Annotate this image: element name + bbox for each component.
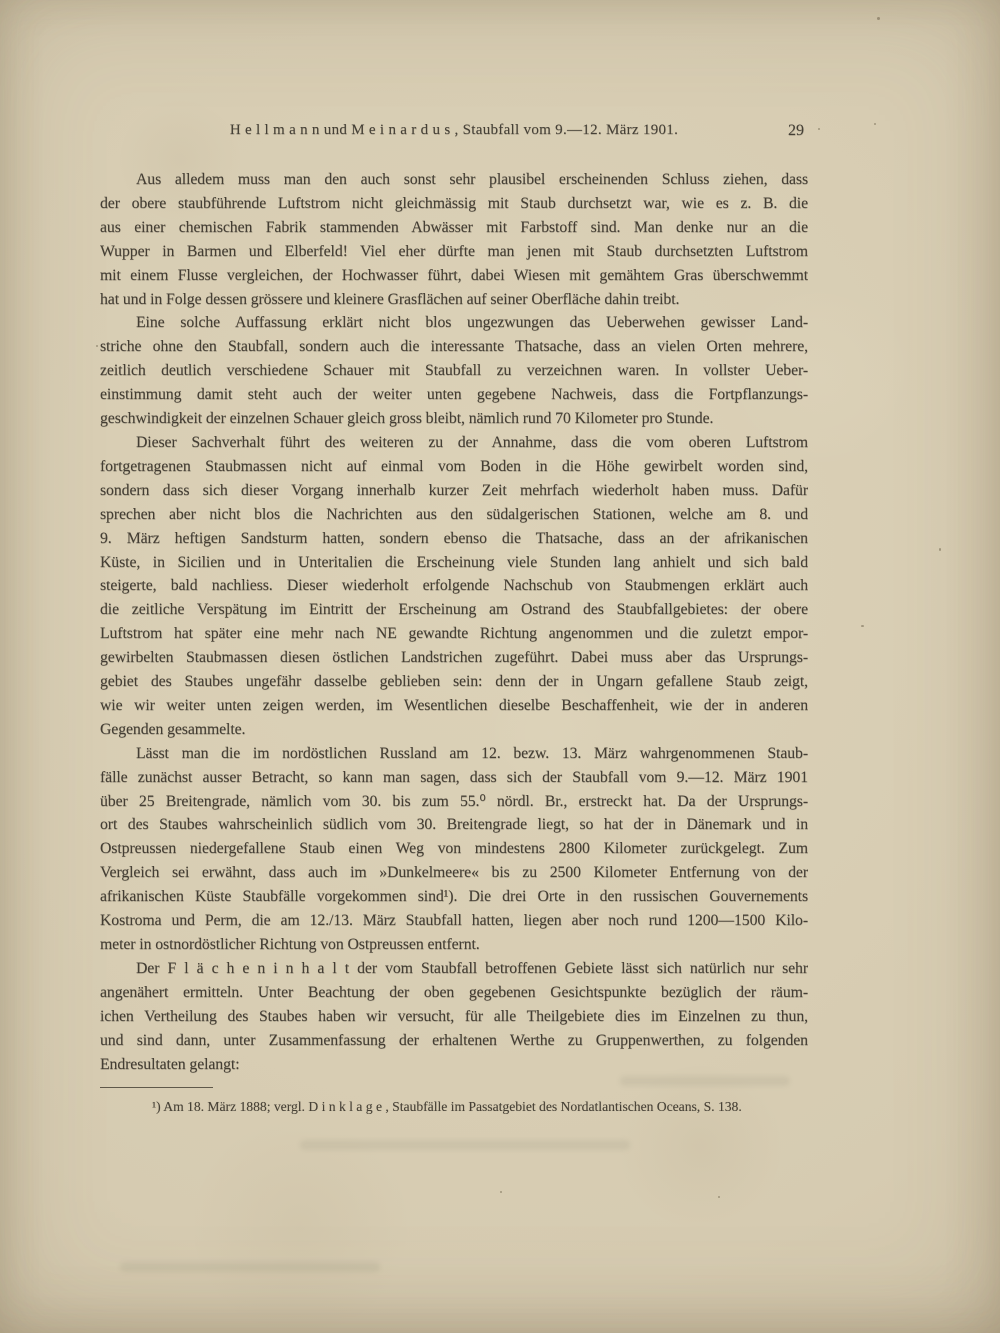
scanned-document-page: H e l l m a n n und M e i n a r d u s , … xyxy=(0,0,1000,1333)
text-line: aus einer chemischen Fabrik stammenden A… xyxy=(100,216,808,240)
text-line: fälle zunächst ausser Betracht, so kann … xyxy=(100,766,808,790)
text-line: Der F l ä c h e n i n h a l t der vom St… xyxy=(100,957,808,981)
showthrough-ghost xyxy=(120,1262,380,1272)
text-line: Dieser Sachverhalt führt des weiteren zu… xyxy=(100,431,808,455)
text-line: einstimmung damit steht auch der weiter … xyxy=(100,383,808,407)
text-line: Küste, in Sicilien und in Unteritalien d… xyxy=(100,551,808,575)
text-line: Ostpreussen niedergefallene Staub einen … xyxy=(100,837,808,861)
text-line: sondern dass sich dieser Vorgang innerha… xyxy=(100,479,808,503)
paper-speck xyxy=(500,1191,502,1193)
text-line: steigerte, bald nachliess. Dieser wieder… xyxy=(100,574,808,598)
text-line: striche ohne den Staubfall, sondern auch… xyxy=(100,335,808,359)
text-line: Vergleich sei erwähnt, dass auch im »Dun… xyxy=(100,861,808,885)
paper-speck xyxy=(718,1196,720,1198)
footnote-text: ¹) Am 18. März 1888; vergl. D i n k l a … xyxy=(100,1097,808,1116)
page-header: H e l l m a n n und M e i n a r d u s , … xyxy=(100,119,808,141)
footnote-separator xyxy=(100,1087,213,1088)
text-line: ort des Staubes wahrscheinlich südlich v… xyxy=(100,813,808,837)
text-line: 9. März heftigen Sandsturm hatten, sonde… xyxy=(100,527,808,551)
text-line: der obere staubführende Luftstrom nicht … xyxy=(100,192,808,216)
text-line: Aus alledem muss man den auch sonst sehr… xyxy=(100,168,808,192)
text-line: fortgetragenen Staubmassen nicht auf ein… xyxy=(100,455,808,479)
text-line: Gegenden gesammelte. xyxy=(100,718,808,742)
text-line: wie wir weiter unten zeigen werden, im W… xyxy=(100,694,808,718)
text-line: Endresultaten gelangt: xyxy=(100,1053,808,1077)
body-text: Aus alledem muss man den auch sonst sehr… xyxy=(100,168,808,1076)
text-line: hat und in Folge dessen grössere und kle… xyxy=(100,288,808,312)
showthrough-ghost xyxy=(300,1140,630,1150)
running-head-title: H e l l m a n n und M e i n a r d u s , … xyxy=(100,119,808,141)
text-line: Kostroma und Perm, die am 12./13. März S… xyxy=(100,909,808,933)
paper-speck xyxy=(818,128,820,130)
text-line: die zeitliche Verspätung im Eintritt der… xyxy=(100,598,808,622)
paper-speck xyxy=(874,123,876,125)
text-line: Wupper in Barmen und Elberfeld! Viel ehe… xyxy=(100,240,808,264)
text-line: Eine solche Auffassung erklärt nicht blo… xyxy=(100,311,808,335)
showthrough-ghost xyxy=(620,1076,790,1086)
paper-speck xyxy=(96,345,98,347)
paper-speck xyxy=(939,548,941,551)
page-number: 29 xyxy=(788,120,804,142)
text-line: gebiet des Staubes ungefähr dasselbe geb… xyxy=(100,670,808,694)
text-line: meter in ostnordöstlicher Richtung von O… xyxy=(100,933,808,957)
text-line: zeitlich deutlich verschiedene Schauer m… xyxy=(100,359,808,383)
text-line: mit einem Flusse vergleichen, der Hochwa… xyxy=(100,264,808,288)
text-line: über 25 Breitengrade, nämlich vom 30. bi… xyxy=(100,790,808,814)
text-line: angenähert ermitteln. Unter Beachtung de… xyxy=(100,981,808,1005)
text-line: geschwindigkeit der einzelnen Schauer gl… xyxy=(100,407,808,431)
paper-speck xyxy=(877,17,880,20)
text-line: Luftstrom hat später eine mehr nach NE g… xyxy=(100,622,808,646)
paper-speck xyxy=(861,625,864,627)
text-line: gewirbelten Staubmassen diesen östlichen… xyxy=(100,646,808,670)
text-line: sprechen aber nicht blos die Nachrichten… xyxy=(100,503,808,527)
text-line: Lässt man die im nordöstlichen Russland … xyxy=(100,742,808,766)
text-line: afrikanischen Küste Staubfälle vorgekomm… xyxy=(100,885,808,909)
text-line: und sind dann, unter Zusammenfassung der… xyxy=(100,1029,808,1053)
text-line: ichen Vertheilung des Staubes haben wir … xyxy=(100,1005,808,1029)
